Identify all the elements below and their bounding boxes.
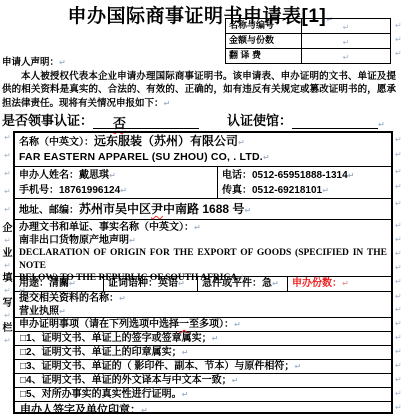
items-header-row: 申办证明事项（请在下列选项中选择一至多项）：↵ — [15, 317, 391, 331]
paragraph-mark: ↵ — [395, 235, 401, 244]
paragraph-mark: ↵ — [69, 279, 76, 288]
language-cell: 证词语种：英语↵ — [104, 277, 198, 291]
copies-cell[interactable]: 申办份数：↵ — [288, 277, 391, 291]
paragraph-mark: ↵ — [232, 376, 239, 385]
paragraph-mark: ↵ — [129, 236, 136, 245]
checkbox-item-2[interactable]: □2、证明文书、单证上的印章属实；↵ — [15, 345, 391, 359]
paragraph-mark: ↵ — [395, 167, 401, 176]
urgency-label: 急件或平件： — [202, 278, 262, 289]
checkbox-item-5[interactable]: □5、对所办事实的真实性进行证明。↵ — [15, 387, 391, 401]
purpose-cell: 用途：清關↵ — [15, 277, 104, 291]
declaration-heading: 申请人声明：↵ — [2, 56, 396, 70]
paragraph-mark: ↵ — [343, 38, 350, 47]
vertical-label-char: 栏 — [2, 323, 13, 336]
paragraph-mark: ↵ — [59, 307, 66, 316]
fee-row-label: 名称与编号 — [226, 19, 302, 33]
paragraph-mark: ↵ — [342, 279, 349, 288]
vertical-label-char: 企 — [2, 223, 13, 236]
paragraph-mark: ↵ — [182, 348, 189, 357]
vertical-label-char: 填 — [2, 273, 13, 286]
fax-label: 传真： — [222, 185, 252, 196]
paragraph-mark: ↵ — [395, 403, 401, 412]
paragraph-mark: ↵ — [2, 236, 13, 248]
paragraph-mark: ↵ — [395, 263, 401, 272]
urgency-value: 急 — [262, 278, 272, 289]
mobile-label: 手机号： — [19, 185, 59, 196]
phone-number: 0512-65951888-1314 — [252, 170, 348, 181]
materials-label: 提交相关资料的名称： — [19, 293, 119, 304]
language-value: 英语 — [158, 278, 178, 289]
paragraph-mark: ↵ — [59, 58, 66, 67]
embassy-label: 认证使馆： — [227, 110, 292, 129]
urgency-cell: 急件或平件：急↵ — [198, 277, 288, 291]
checkbox-item-1[interactable]: □1、证明文书、单证上的签字或签章属实；↵ — [15, 331, 391, 345]
paragraph-mark: ↵ — [2, 151, 13, 169]
application-form-table: 名称（中英文）：远东服装（苏州）有限公司↵ FAR EASTERN APPARE… — [13, 131, 393, 414]
materials-row: 提交相关资料的名称：↵ 营业执照↵ — [15, 291, 391, 317]
paragraph-mark: ↵ — [395, 150, 401, 159]
fee-row-value[interactable]: ↵ — [302, 34, 390, 48]
paragraph-mark: ↵ — [395, 21, 401, 30]
signature-label: 申办人签字及单位印章： — [20, 404, 141, 414]
language-label: 证词语种： — [108, 278, 158, 289]
paragraph-mark: ↵ — [164, 99, 171, 108]
consular-answer-field[interactable]: 否 — [93, 113, 199, 129]
paragraph-mark: ↵ — [2, 133, 13, 151]
address-row: 地址、邮编：苏州市吴中区尹中南路 1688 号↵ — [15, 198, 391, 219]
purpose-value: 清關 — [49, 278, 69, 289]
fax-number: 0512-69218101 — [252, 185, 322, 196]
address-value: 苏州市吴中区尹中南路 1688 号 — [79, 202, 244, 216]
contact-row: 申办人姓名：戴思琪↵ 手机号：18761996124↵ 电话：0512-6595… — [15, 166, 391, 198]
vertical-label-char: 写 — [2, 298, 13, 311]
paragraph-mark: ↵ — [322, 186, 329, 195]
paragraph-mark: ↵ — [141, 406, 148, 414]
paragraph-mark: ↵ — [244, 206, 251, 215]
consular-line: 是否领事认证： 否 认证使馆： ↵ — [2, 110, 398, 129]
paragraph-mark: ↵ — [395, 292, 401, 301]
paragraph-mark: ↵ — [395, 333, 401, 342]
consular-answer: 否 — [113, 116, 126, 131]
paragraph-mark: ↵ — [395, 182, 401, 191]
paragraph-mark: ↵ — [395, 221, 401, 230]
mobile-number: 18761996124 — [59, 185, 120, 196]
paragraph-mark: ↵ — [395, 361, 401, 370]
paragraph-mark: ↵ — [194, 223, 201, 232]
vertical-label-char: 业 — [2, 248, 13, 261]
paragraph-mark: ↵ — [395, 347, 401, 356]
phone-label: 电话： — [222, 170, 252, 181]
applicant-declaration: 申请人声明：↵ 本人被授权代表本企业申请办理国际商事证明书。该申请表、申办证明的… — [2, 56, 396, 110]
paragraph-mark: ↵ — [2, 205, 13, 223]
paragraph-mark: ↵ — [395, 305, 401, 314]
copies-label: 申办份数： — [292, 278, 342, 289]
company-name-row: 名称（中英文）：远东服装（苏州）有限公司↵ FAR EASTERN APPARE… — [15, 133, 391, 166]
company-name-label: 名称（中英文）： — [19, 137, 94, 148]
document-label: 办理文书和单证、事实名称（中英文）： — [19, 222, 194, 233]
declaration-body: 本人被授权代表本企业申请办理国际商事证明书。该申请表、申办证明的文书、单证及提供… — [2, 70, 396, 111]
paragraph-mark: ↵ — [2, 286, 13, 298]
paragraph-mark: ↵ — [2, 169, 13, 187]
paragraph-mark: ↵ — [119, 294, 126, 303]
paragraph-mark: ↵ — [178, 279, 185, 288]
fee-row-label: 金额与份数 — [226, 34, 302, 48]
paragraph-mark: ↵ — [395, 389, 401, 398]
paragraph-mark: ↵ — [395, 135, 401, 144]
applicant-name: 戴思琪 — [79, 170, 109, 181]
paragraph-mark: ↵ — [120, 186, 127, 195]
embassy-field[interactable] — [292, 113, 378, 129]
vertical-section-label: ↵ ↵ ↵ ↵ ↵ 企 ↵ 业 ↵ 填 ↵ 写 ↵ 栏 ↵ — [2, 133, 13, 348]
company-name-cn: 远东服装（苏州）有限公司 — [94, 134, 238, 148]
paragraph-mark: ↵ — [395, 49, 401, 58]
paragraph-mark: ↵ — [238, 138, 245, 147]
company-name-en: FAR EASTERN APPAREL (SU ZHOU) CO, . LTD.… — [19, 150, 387, 165]
usage-row: 用途：清關↵ 证词语种：英语↵ 急件或平件：急↵ 申办份数：↵ — [15, 276, 391, 291]
paragraph-mark: ↵ — [294, 362, 301, 371]
fee-row-value[interactable]: ↵ — [302, 19, 390, 33]
consular-question-label: 是否领事认证： — [2, 110, 93, 129]
paragraph-mark: ↵ — [395, 375, 401, 384]
paragraph-mark: ↵ — [263, 153, 270, 162]
paragraph-mark: ↵ — [348, 171, 355, 180]
paragraph-mark: ↵ — [395, 319, 401, 328]
applicant-name-label: 申办人姓名： — [19, 170, 79, 181]
paragraph-mark: ↵ — [109, 171, 116, 180]
paragraph-mark: ↵ — [2, 311, 13, 323]
paragraph-mark: ↵ — [395, 277, 401, 286]
paragraph-mark: ↵ — [378, 121, 385, 129]
paragraph-mark: ↵ — [343, 23, 350, 32]
checkbox-item-3[interactable]: □3、证明文书、单证的（ 影印件、副本、节本）与原件相符；↵ — [15, 359, 391, 373]
phone-cell: 电话：0512-65951888-1314↵ 传真：0512-69218101↵ — [218, 167, 391, 198]
document-description-row: 办理文书和单证、事实名称（中英文）：↵ 南非出口货物原产地声明↵ DECLARA… — [15, 219, 391, 276]
paragraph-mark: ↵ — [395, 35, 401, 44]
table-row: 金额与份数 ↵ — [226, 33, 390, 48]
purpose-label: 用途： — [19, 278, 49, 289]
address-label: 地址、邮编： — [19, 205, 79, 216]
paragraph-mark: ↵ — [395, 249, 401, 258]
paragraph-mark: ↵ — [2, 336, 13, 348]
paragraph-mark: ↵ — [395, 199, 401, 208]
materials-value: 营业执照 — [19, 306, 59, 317]
paragraph-mark: ↵ — [212, 334, 219, 343]
paragraph-mark: ↵ — [272, 279, 279, 288]
document-name-cn: 南非出口货物原产地声明 — [19, 235, 129, 246]
table-row: 名称与编号 ↵ — [226, 19, 390, 33]
paragraph-mark: ↵ — [234, 320, 241, 329]
signature-row[interactable]: 申办人签字及单位印章：↵ — [15, 401, 391, 414]
paragraph-mark: ↵ — [2, 187, 13, 205]
paragraph-mark: ↵ — [2, 261, 13, 273]
paragraph-mark: ↵ — [182, 390, 189, 399]
checkbox-item-4[interactable]: □4、证明文书、单证的外文译本与中文本一致；↵ — [15, 373, 391, 387]
applicant-cell: 申办人姓名：戴思琪↵ 手机号：18761996124↵ — [15, 167, 218, 198]
